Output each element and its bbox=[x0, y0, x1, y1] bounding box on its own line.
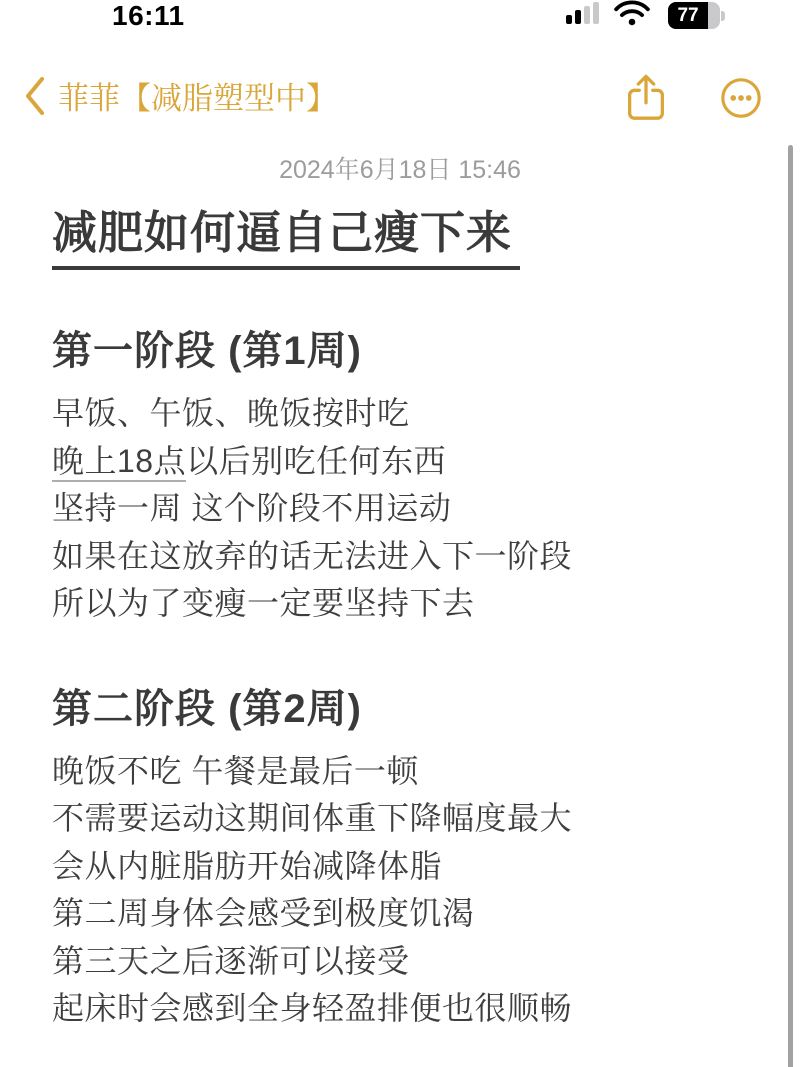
signal-bar bbox=[575, 10, 581, 24]
nav-bar: 菲菲【减脂塑型中】 bbox=[0, 45, 800, 140]
line-rest: 以后别吃任何东西 bbox=[186, 443, 446, 479]
share-button[interactable] bbox=[624, 73, 668, 123]
note-line[interactable]: 第二周身体会感受到极度饥渴 bbox=[52, 890, 748, 938]
note-title[interactable]: 减肥如何逼自己瘦下来 bbox=[52, 204, 748, 270]
status-bar: 16:11 77 bbox=[0, 0, 800, 45]
note-line[interactable]: 所以为了变瘦一定要坚持下去 bbox=[52, 580, 748, 628]
battery-percent: 77 bbox=[668, 2, 708, 29]
note-line[interactable]: 早饭、午饭、晚饭按时吃 bbox=[52, 390, 748, 438]
section-heading[interactable]: 第二阶段 (第2周) bbox=[52, 682, 748, 736]
note-section: 第一阶段 (第1周) 早饭、午饭、晚饭按时吃 晚上18点以后别吃任何东西 坚持一… bbox=[52, 324, 748, 628]
signal-bar bbox=[584, 6, 590, 24]
note-line[interactable]: 如果在这放弃的话无法进入下一阶段 bbox=[52, 533, 748, 581]
note-line[interactable]: 第三天之后逐渐可以接受 bbox=[52, 938, 748, 986]
note-title-text: 减肥如何逼自己瘦下来 bbox=[52, 204, 520, 270]
more-button[interactable] bbox=[720, 77, 762, 119]
cellular-signal-icon bbox=[566, 2, 606, 24]
underlined-text: 晚上18点 bbox=[52, 443, 186, 482]
section-heading[interactable]: 第一阶段 (第1周) bbox=[52, 324, 748, 378]
note-date: 2024年6月18日 15:46 bbox=[52, 150, 748, 186]
battery-icon: 77 bbox=[668, 2, 720, 29]
share-icon bbox=[624, 73, 668, 123]
note-line[interactable]: 晚饭不吃 午餐是最后一顿 bbox=[52, 748, 748, 796]
signal-bar bbox=[566, 15, 572, 24]
note-line[interactable]: 晚上18点以后别吃任何东西 bbox=[52, 438, 748, 486]
scrollbar[interactable] bbox=[788, 145, 793, 1067]
wifi-icon bbox=[614, 0, 650, 32]
note-line[interactable]: 坚持一周 这个阶段不用运动 bbox=[52, 485, 748, 533]
notes-app-screen: 16:11 77 bbox=[0, 0, 800, 1067]
note-line[interactable]: 不需要运动这期间体重下降幅度最大 bbox=[52, 795, 748, 843]
back-button[interactable]: 菲菲【减脂塑型中】 bbox=[24, 73, 337, 118]
battery-cap bbox=[721, 11, 725, 21]
note-line[interactable]: 起床时会感到全身轻盈排便也很顺畅 bbox=[52, 985, 748, 1033]
nav-actions bbox=[624, 73, 762, 123]
chevron-left-icon bbox=[24, 76, 46, 116]
note-section: 第二阶段 (第2周) 晚饭不吃 午餐是最后一顿 不需要运动这期间体重下降幅度最大… bbox=[52, 682, 748, 1033]
status-time: 16:11 bbox=[112, 0, 185, 32]
note-content[interactable]: 2024年6月18日 15:46 减肥如何逼自己瘦下来 第一阶段 (第1周) 早… bbox=[0, 140, 800, 1033]
ellipsis-circle-icon bbox=[720, 77, 762, 119]
note-line[interactable]: 会从内脏脂肪开始减降体脂 bbox=[52, 843, 748, 891]
signal-bar bbox=[593, 2, 599, 24]
back-button-label: 菲菲【减脂塑型中】 bbox=[58, 73, 337, 118]
